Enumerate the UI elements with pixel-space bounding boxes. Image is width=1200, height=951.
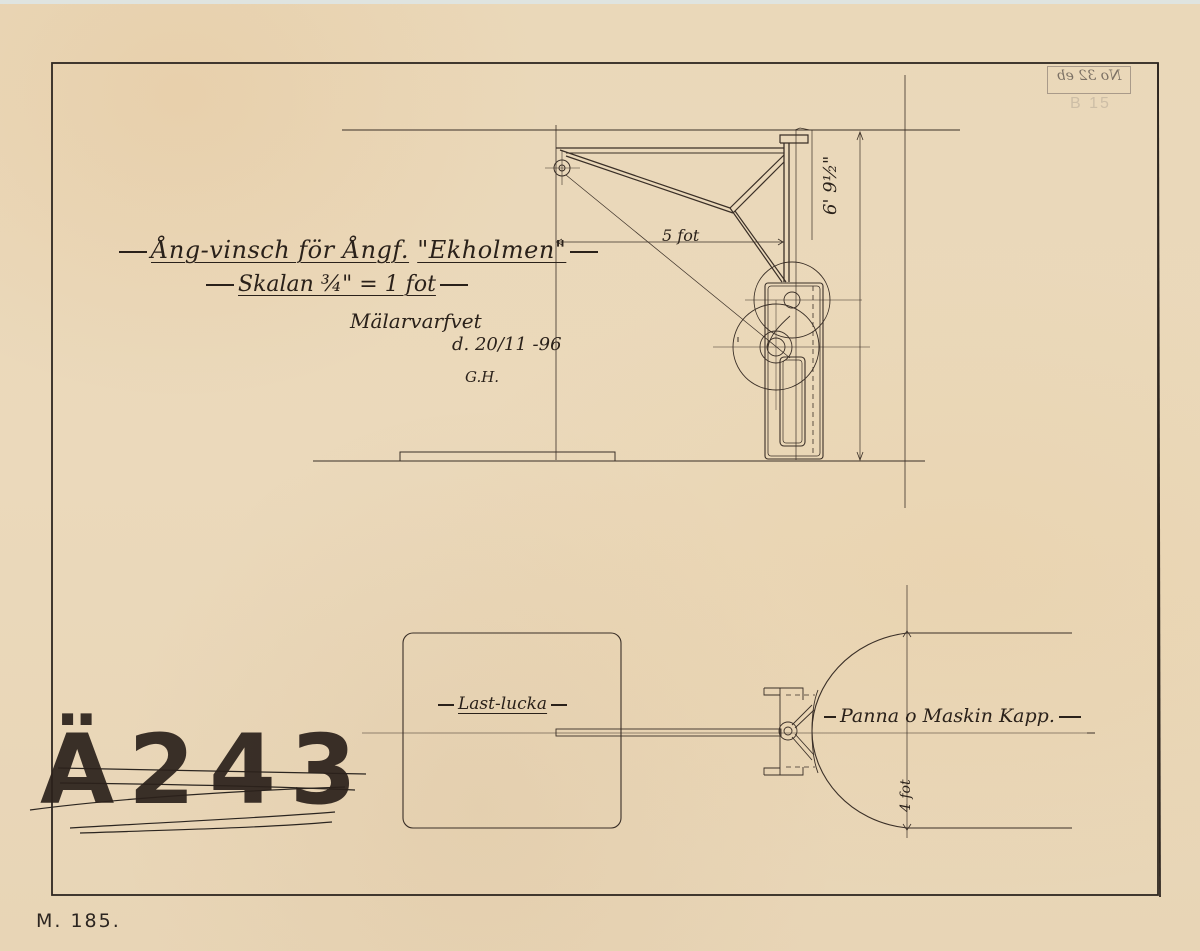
hatch-text: Last-lucka — [458, 694, 547, 714]
cargo-hatch-label: Last-lucka — [434, 694, 571, 714]
archive-stamp: No 32 eb — [1047, 66, 1131, 94]
width-dimension-label: 4 fot — [898, 779, 914, 812]
drawing-place: Mälarvarfvet — [350, 309, 482, 333]
hatch-dash-left — [438, 704, 454, 706]
title-dash-right — [570, 251, 598, 253]
casing-dash-right — [1059, 716, 1081, 718]
drawing-title: Ång-vinsch för Ångf. "Ekholmen" — [115, 236, 602, 264]
hatch-dash-right — [551, 704, 567, 706]
catalog-mark: Ä243 — [40, 722, 371, 818]
archive-stamp-sub: B 15 — [1070, 95, 1111, 113]
title-dash-left — [119, 251, 147, 253]
boiler-casing-outline — [812, 633, 1072, 828]
drawing-date: d. 20/11 -96 — [452, 334, 562, 355]
scale-dash-right — [440, 284, 468, 286]
scale-dash-left — [206, 284, 234, 286]
casing-text: Panna o Maskin Kapp. — [840, 705, 1055, 727]
scale-text: Skalan ¾" = 1 fot — [238, 272, 436, 297]
reach-dimension-label: 5 fot — [662, 226, 699, 245]
casing-dash-left — [824, 716, 836, 718]
casing-label: Panna o Maskin Kapp. — [820, 705, 1085, 727]
vessel-name: "Ekholmen" — [417, 236, 566, 264]
drawing-sheet: Ång-vinsch för Ångf. "Ekholmen" Skalan ¾… — [0, 0, 1200, 951]
drawing-signature: G.H. — [465, 368, 499, 386]
drawing-scale: Skalan ¾" = 1 fot — [202, 272, 472, 297]
cargo-hatch — [403, 633, 621, 828]
height-dimension-label: 6' 9½" — [820, 156, 841, 215]
archive-reference: M. 185. — [36, 910, 121, 932]
title-prefix: Ång-vinsch för Ångf. — [151, 236, 409, 264]
